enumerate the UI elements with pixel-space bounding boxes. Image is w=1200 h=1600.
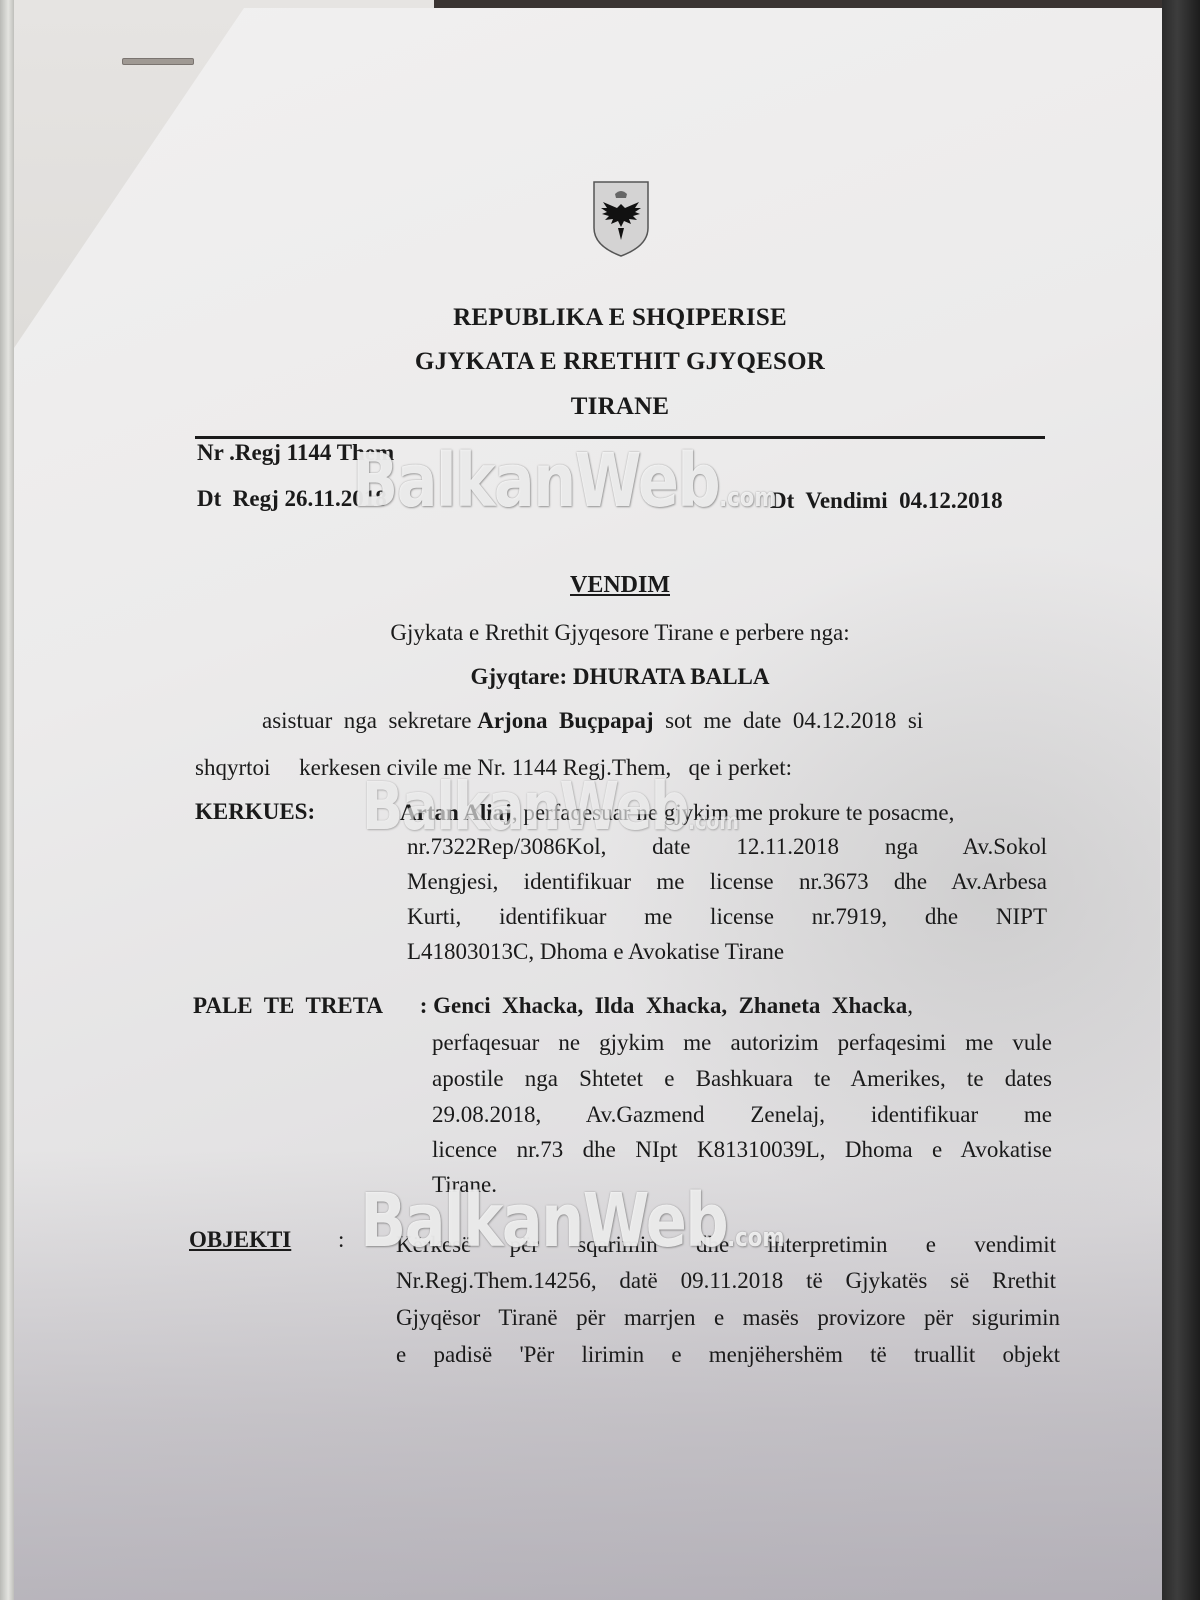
registry-date: Dt Regj 26.11.2018 — [197, 486, 387, 512]
city-heading: TIRANE — [300, 393, 940, 421]
judge-name: Gjyqtare: DHURATA BALLA — [300, 664, 940, 690]
applicant-line-2: Mengjesi, identifikuar me license nr.367… — [407, 869, 1047, 895]
coat-of-arms-icon — [590, 178, 652, 258]
third-line-2: 29.08.2018, Av.Gazmend Zenelaj, identifi… — [432, 1102, 1052, 1128]
third-parties-names: : Genci Xhacka, Ilda Xhacka, Zhaneta Xha… — [414, 993, 913, 1019]
object-label: OBJEKTI — [189, 1227, 291, 1253]
third-line-3: licence nr.73 dhe NIpt K81310039L, Dhoma… — [432, 1137, 1052, 1163]
applicant-line-0: Artan Aliaj, perfaqesuar ne gjykim me pr… — [400, 800, 954, 826]
object-line-1: Nr.Regj.Them.14256, datë 09.11.2018 të G… — [396, 1268, 1056, 1294]
applicant-text: , perfaqesuar ne gjykim me prokure te po… — [512, 800, 955, 825]
watermark: BalkanWeb.com — [352, 438, 776, 524]
object-line-0: Kërkesë për sqarimin dhe interpretimin e… — [396, 1232, 1056, 1258]
decision-title: VENDIM — [300, 572, 940, 599]
object-line-2: Gjyqësor Tiranë për marrjen e masës prov… — [396, 1305, 1060, 1331]
assisted-prefix: asistuar nga sekretare — [262, 708, 477, 733]
republic-heading: REPUBLIKA E SHQIPERISE — [300, 304, 940, 332]
third-line-1: apostile nga Shtetet e Bashkuara te Amer… — [432, 1066, 1052, 1092]
third-parties-names-text: : Genci Xhacka, Ilda Xhacka, Zhaneta Xha… — [414, 993, 907, 1018]
applicant-line-1: nr.7322Rep/3086Kol, date 12.11.2018 nga … — [407, 834, 1047, 860]
third-parties-label: PALE TE TRETA — [193, 993, 383, 1019]
secretary-name: Arjona Buçpapaj — [477, 708, 653, 733]
reviewed-line: shqyrtoi kerkesen civile me Nr. 1144 Reg… — [195, 755, 792, 781]
applicant-line-3: Kurti, identifikuar me license nr.7919, … — [407, 904, 1047, 930]
decision-date: Dt Vendimi 04.12.2018 — [770, 488, 1003, 514]
third-line-0: perfaqesuar ne gjykim me autorizim perfa… — [432, 1030, 1052, 1056]
object-line-3: e padisë 'Për lirimin e menjëhershëm të … — [396, 1342, 1060, 1368]
header-divider — [195, 436, 1045, 439]
assisted-line: asistuar nga sekretare Arjona Buçpapaj s… — [262, 708, 1046, 734]
court-composition: Gjykata e Rrethit Gjyqesore Tirane e per… — [300, 620, 940, 646]
applicant-label: KERKUES: — [195, 799, 315, 825]
watermark-brand: BalkanWeb — [352, 438, 719, 524]
applicant-line-4: L41803013C, Dhoma e Avokatise Tirane — [407, 939, 784, 965]
watermark-suffix: .com — [719, 483, 776, 513]
court-heading: GJYKATA E RRETHIT GJYQESOR — [300, 348, 940, 376]
third-line-4: Tirane. — [432, 1172, 497, 1198]
object-colon: : — [338, 1227, 344, 1253]
registry-number: Nr .Regj 1144 Them — [197, 440, 394, 466]
court-decision-document: REPUBLIKA E SHQIPERISE GJYKATA E RRETHIT… — [0, 0, 1200, 1600]
assisted-suffix: sot me date 04.12.2018 si — [654, 708, 924, 733]
applicant-name: Artan Aliaj — [400, 800, 512, 825]
